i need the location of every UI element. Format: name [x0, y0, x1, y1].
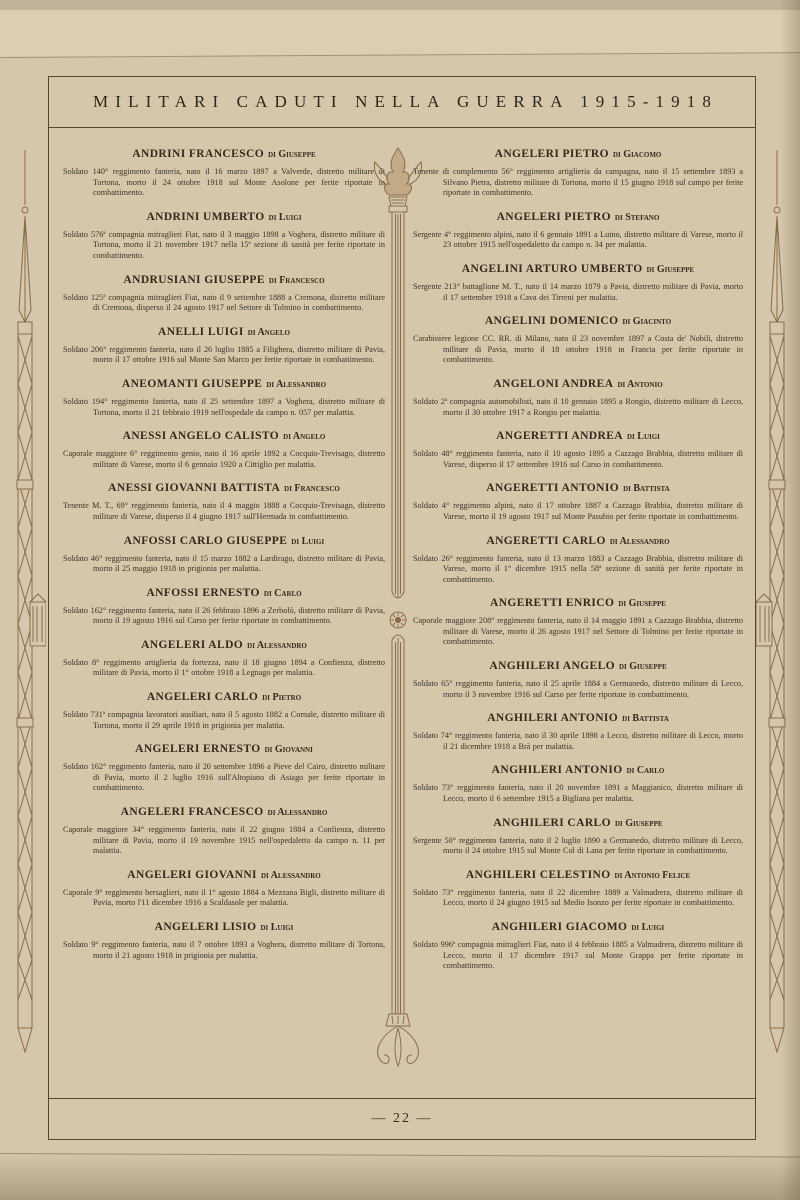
entry-father-name: di Angelo	[283, 431, 325, 442]
entry-name: ANGERETTI ANTONIO	[486, 482, 619, 494]
entry: ANFOSSI CARLO GIUSEPPEdi LuigiSoldato 46…	[63, 531, 385, 575]
entry-heading: ANDRUSIANI GIUSEPPEdi Francesco	[63, 270, 385, 288]
entry-body: Soldato 162° reggimento fanteria, nato i…	[63, 606, 385, 627]
entry: ANFOSSI ERNESTOdi CarloSoldato 162° regg…	[63, 583, 385, 627]
entry-body: Soldato 26° reggimento fanteria, nato il…	[413, 554, 743, 586]
entry-father-name: di Francesco	[284, 483, 340, 494]
title-band: MILITARI CADUTI NELLA GUERRA 1915-1918	[49, 77, 755, 128]
entry-father-name: di Giuseppe	[268, 149, 316, 160]
entry: ANGERETTI ENRICOdi GiuseppeCaporale magg…	[413, 593, 743, 648]
entry-body: Soldato 996ª compagnia mitraglieri Fiat,…	[413, 940, 743, 972]
entry-body: Soldato 48° reggimento fanteria, nato il…	[413, 449, 743, 470]
page-title: MILITARI CADUTI NELLA GUERRA 1915-1918	[86, 92, 718, 112]
entry-name: ANESSI GIOVANNI BATTISTA	[108, 482, 280, 494]
entry-body: Soldato 194° reggimento fanteria, nato i…	[63, 397, 385, 418]
entry-father-name: di Luigi	[291, 536, 324, 547]
entry-name: ANELLI LUIGI	[158, 326, 244, 338]
entry-body: Soldato 162° reggimento fanteria, nato i…	[63, 762, 385, 794]
entry-heading: ANGELERI PIETROdi Giacomo	[413, 144, 743, 162]
entry-name: ANGHILERI ANTONIO	[487, 712, 618, 724]
entry-body: Soldato 4° reggimento alpini, nato il 17…	[413, 501, 743, 522]
entry-name: ANGHILERI GIACOMO	[492, 921, 628, 933]
entry: ANEOMANTI GIUSEPPEdi AlessandroSoldato 1…	[63, 374, 385, 418]
entry-heading: ANESSI ANGELO CALISTOdi Angelo	[63, 426, 385, 444]
entry-body: Soldato 206° reggimento fanteria, nato i…	[63, 345, 385, 366]
entry-father-name: di Giacinto	[623, 316, 672, 327]
entry-father-name: di Alessandro	[247, 640, 307, 651]
entry-father-name: di Battista	[623, 483, 670, 494]
content-area: ANDRINI FRANCESCOdi GiuseppeSoldato 140°…	[49, 128, 755, 1098]
scan-right-shadow	[780, 0, 800, 1200]
entry-body: Soldato 73° reggimento fanteria, nato il…	[413, 888, 743, 909]
entry-heading: ANGERETTI ANDREAdi Luigi	[413, 426, 743, 444]
entry-father-name: di Battista	[622, 713, 669, 724]
entry-heading: ANFOSSI CARLO GIUSEPPEdi Luigi	[63, 531, 385, 549]
entry-body: Sergente 213° battaglione M. T., nato il…	[413, 282, 743, 303]
entry-body: Soldato 74° reggimento fanteria, nato il…	[413, 731, 743, 752]
entry: ANGELONI ANDREAdi AntonioSoldato 2ª comp…	[413, 374, 743, 418]
entry-father-name: di Stefano	[615, 212, 660, 223]
entry-heading: ANGHILERI CELESTINOdi Antonio Felice	[413, 865, 743, 883]
entry: ANGERETTI CARLOdi AlessandroSoldato 26° …	[413, 531, 743, 586]
scan-bottom-shadow	[0, 1152, 800, 1200]
entry: ANGELERI ALDOdi AlessandroSoldato 8° reg…	[63, 635, 385, 679]
entry-father-name: di Alessandro	[261, 870, 321, 881]
entry: ANGELERI PIETROdi StefanoSergente 4° reg…	[413, 207, 743, 251]
entry-body: Soldato 731ª compagnia lavoratori ausili…	[63, 710, 385, 731]
entry-heading: ANGHILERI CARLOdi Giuseppe	[413, 813, 743, 831]
entry-body: Caporale maggiore 208° reggimento fanter…	[413, 616, 743, 648]
entry-heading: ANGHILERI ANTONIOdi Battista	[413, 708, 743, 726]
scan-top-shadow	[0, 0, 800, 10]
entry-father-name: di Carlo	[627, 765, 665, 776]
entry-heading: ANFOSSI ERNESTOdi Carlo	[63, 583, 385, 601]
entry-heading: ANESSI GIOVANNI BATTISTAdi Francesco	[63, 478, 385, 496]
entry-heading: ANGELERI ALDOdi Alessandro	[63, 635, 385, 653]
fasces-standard-left-icon	[4, 150, 46, 1080]
entry-heading: ANEOMANTI GIUSEPPEdi Alessandro	[63, 374, 385, 392]
entry-body: Soldato 8° reggimento artiglieria da for…	[63, 658, 385, 679]
entry-father-name: di Alessandro	[266, 379, 326, 390]
entry-heading: ANDRINI FRANCESCOdi Giuseppe	[63, 144, 385, 162]
entry-name: ANGHILERI ANTONIO	[492, 764, 623, 776]
entry-heading: ANGHILERI GIACOMOdi Luigi	[413, 917, 743, 935]
entry-heading: ANGELINI ARTURO UMBERTOdi Giuseppe	[413, 259, 743, 277]
entry-name: ANGELERI ERNESTO	[135, 743, 260, 755]
entry: ANESSI ANGELO CALISTOdi AngeloCaporale m…	[63, 426, 385, 470]
entry-name: ANGHILERI CELESTINO	[466, 869, 611, 881]
entry: ANGERETTI ANDREAdi LuigiSoldato 48° regg…	[413, 426, 743, 470]
entry: ANGHILERI CELESTINOdi Antonio FeliceSold…	[413, 865, 743, 909]
entry: ANGELINI DOMENICOdi GiacintoCarabiniere …	[413, 311, 743, 366]
footer-band: — 22 —	[49, 1098, 755, 1139]
entry-name: ANGELINI ARTURO UMBERTO	[462, 263, 643, 275]
entry-father-name: di Luigi	[269, 212, 302, 223]
entry-heading: ANELLI LUIGIdi Angelo	[63, 322, 385, 340]
entry-body: Sergente 4° reggimento alpini, nato il 6…	[413, 230, 743, 251]
entry-body: Caporale 9° reggimento bersaglieri, nato…	[63, 888, 385, 909]
entry: ANDRUSIANI GIUSEPPEdi FrancescoSoldato 1…	[63, 270, 385, 314]
entry-heading: ANDRINI UMBERTOdi Luigi	[63, 207, 385, 225]
page-number: — 22 —	[372, 1111, 433, 1127]
column-left: ANDRINI FRANCESCOdi GiuseppeSoldato 140°…	[63, 136, 385, 1098]
column-right: ANGELERI PIETROdi GiacomoTenente di comp…	[413, 136, 743, 1098]
entry-heading: ANGELERI CARLOdi Pietro	[63, 687, 385, 705]
entry: ANGERETTI ANTONIOdi BattistaSoldato 4° r…	[413, 478, 743, 522]
entry-name: ANGELINI DOMENICO	[485, 315, 619, 327]
entry-heading: ANGELERI ERNESTOdi Giovanni	[63, 739, 385, 757]
entry-heading: ANGHILERI ANGELOdi Giuseppe	[413, 656, 743, 674]
entry-name: ANDRUSIANI GIUSEPPE	[123, 274, 265, 286]
entry: ANDRINI FRANCESCOdi GiuseppeSoldato 140°…	[63, 144, 385, 199]
entry: ANGELINI ARTURO UMBERTOdi GiuseppeSergen…	[413, 259, 743, 303]
entry-father-name: di Antonio	[617, 379, 662, 390]
entry-body: Sergente 50° reggimento fanteria, nato i…	[413, 836, 743, 857]
entry-father-name: di Alessandro	[610, 536, 670, 547]
entry-body: Soldato 2ª compagnia automobilisti, nato…	[413, 397, 743, 418]
entry-name: ANGELERI GIOVANNI	[127, 869, 257, 881]
entry: ANGELERI CARLOdi PietroSoldato 731ª comp…	[63, 687, 385, 731]
entry-body: Soldato 576ª compagnia mitraglieri Fiat,…	[63, 230, 385, 262]
entry-name: ANGERETTI ENRICO	[490, 597, 614, 609]
entry-body: Soldato 65° reggimento fanteria, nato il…	[413, 679, 743, 700]
entry-name: ANGHILERI CARLO	[493, 817, 611, 829]
entry-heading: ANGELONI ANDREAdi Antonio	[413, 374, 743, 392]
printed-frame: MILITARI CADUTI NELLA GUERRA 1915-1918 A…	[48, 76, 756, 1140]
entry-name: ANGELONI ANDREA	[493, 378, 613, 390]
entry-body: Caporale maggiore 6° reggimento genio, n…	[63, 449, 385, 470]
entry: ANGELERI GIOVANNIdi AlessandroCaporale 9…	[63, 865, 385, 909]
entry-name: ANGELERI ALDO	[141, 639, 243, 651]
entry: ANGHILERI ANTONIOdi CarloSoldato 73° reg…	[413, 760, 743, 804]
entry: ANDRINI UMBERTOdi LuigiSoldato 576ª comp…	[63, 207, 385, 262]
entry: ANGELERI FRANCESCOdi AlessandroCaporale …	[63, 802, 385, 857]
entry-heading: ANGELERI PIETROdi Stefano	[413, 207, 743, 225]
plaque-icon	[756, 594, 772, 646]
entry: ANGELERI ERNESTOdi GiovanniSoldato 162° …	[63, 739, 385, 794]
entry-father-name: di Luigi	[260, 922, 293, 933]
entry-heading: ANGERETTI CARLOdi Alessandro	[413, 531, 743, 549]
entry-body: Soldato 140° reggimento fanteria, nato i…	[63, 167, 385, 199]
entry-heading: ANGHILERI ANTONIOdi Carlo	[413, 760, 743, 778]
entry: ANELLI LUIGIdi AngeloSoldato 206° reggim…	[63, 322, 385, 366]
entry-name: ANFOSSI CARLO GIUSEPPE	[124, 535, 288, 547]
entry: ANGHILERI CARLOdi GiuseppeSergente 50° r…	[413, 813, 743, 857]
entry-father-name: di Giuseppe	[615, 818, 663, 829]
entry-name: ANGHILERI ANGELO	[489, 660, 615, 672]
entry-body: Tenente M. T., 69° reggimento fanteria, …	[63, 501, 385, 522]
entry: ANGHILERI ANGELOdi GiuseppeSoldato 65° r…	[413, 656, 743, 700]
entry-heading: ANGELERI LISIOdi Luigi	[63, 917, 385, 935]
entry: ANGELERI PIETROdi GiacomoTenente di comp…	[413, 144, 743, 199]
entry-name: ANEOMANTI GIUSEPPE	[122, 378, 262, 390]
entry: ANESSI GIOVANNI BATTISTAdi FrancescoTene…	[63, 478, 385, 522]
entry-father-name: di Luigi	[631, 922, 664, 933]
plaque-icon	[30, 594, 46, 646]
entry: ANGHILERI GIACOMOdi LuigiSoldato 996ª co…	[413, 917, 743, 972]
entry-father-name: di Carlo	[264, 588, 302, 599]
entry-father-name: di Giacomo	[613, 149, 661, 160]
entry-father-name: di Luigi	[627, 431, 660, 442]
entry-heading: ANGELINI DOMENICOdi Giacinto	[413, 311, 743, 329]
entry-body: Soldato 9° reggimento fanteria, nato il …	[63, 940, 385, 961]
entry-name: ANGELERI CARLO	[147, 691, 258, 703]
entry-father-name: di Antonio Felice	[615, 870, 691, 881]
entry-name: ANGELERI PIETRO	[495, 148, 609, 160]
entry-father-name: di Giovanni	[265, 744, 313, 755]
entry: ANGHILERI ANTONIOdi BattistaSoldato 74° …	[413, 708, 743, 752]
entry-name: ANGERETTI ANDREA	[496, 430, 623, 442]
entry-heading: ANGERETTI ENRICOdi Giuseppe	[413, 593, 743, 611]
entry-name: ANESSI ANGELO CALISTO	[123, 430, 280, 442]
entry-body: Soldato 46° reggimento fanteria, nato il…	[63, 554, 385, 575]
entry-father-name: di Pietro	[262, 692, 301, 703]
entry-name: ANGELERI FRANCESCO	[121, 806, 264, 818]
entry-name: ANDRINI FRANCESCO	[132, 148, 264, 160]
entry-name: ANFOSSI ERNESTO	[146, 587, 260, 599]
entry-heading: ANGERETTI ANTONIOdi Battista	[413, 478, 743, 496]
scanned-book-page: MILITARI CADUTI NELLA GUERRA 1915-1918 A…	[0, 0, 800, 1200]
entry-body: Carabiniere legione CC. RR. di Milano, n…	[413, 334, 743, 366]
entry-body: Tenente di complemento 56° reggimento ar…	[413, 167, 743, 199]
entry: ANGELERI LISIOdi LuigiSoldato 9° reggime…	[63, 917, 385, 961]
entry-name: ANGELERI LISIO	[155, 921, 257, 933]
entry-father-name: di Giuseppe	[618, 598, 666, 609]
entry-father-name: di Angelo	[248, 327, 290, 338]
entry-body: Soldato 73° reggimento fanteria, nato il…	[413, 783, 743, 804]
entry-body: Soldato 125ª compagnia mitraglieri Fiat,…	[63, 293, 385, 314]
entry-father-name: di Giuseppe	[647, 264, 695, 275]
entry-father-name: di Alessandro	[268, 807, 328, 818]
entry-name: ANGERETTI CARLO	[486, 535, 605, 547]
entry-heading: ANGELERI FRANCESCOdi Alessandro	[63, 802, 385, 820]
entry-name: ANGELERI PIETRO	[497, 211, 611, 223]
entry-father-name: di Giuseppe	[619, 661, 667, 672]
entry-body: Caporale maggiore 34° reggimento fanteri…	[63, 825, 385, 857]
entry-name: ANDRINI UMBERTO	[146, 211, 264, 223]
entry-father-name: di Francesco	[269, 275, 325, 286]
entry-heading: ANGELERI GIOVANNIdi Alessandro	[63, 865, 385, 883]
